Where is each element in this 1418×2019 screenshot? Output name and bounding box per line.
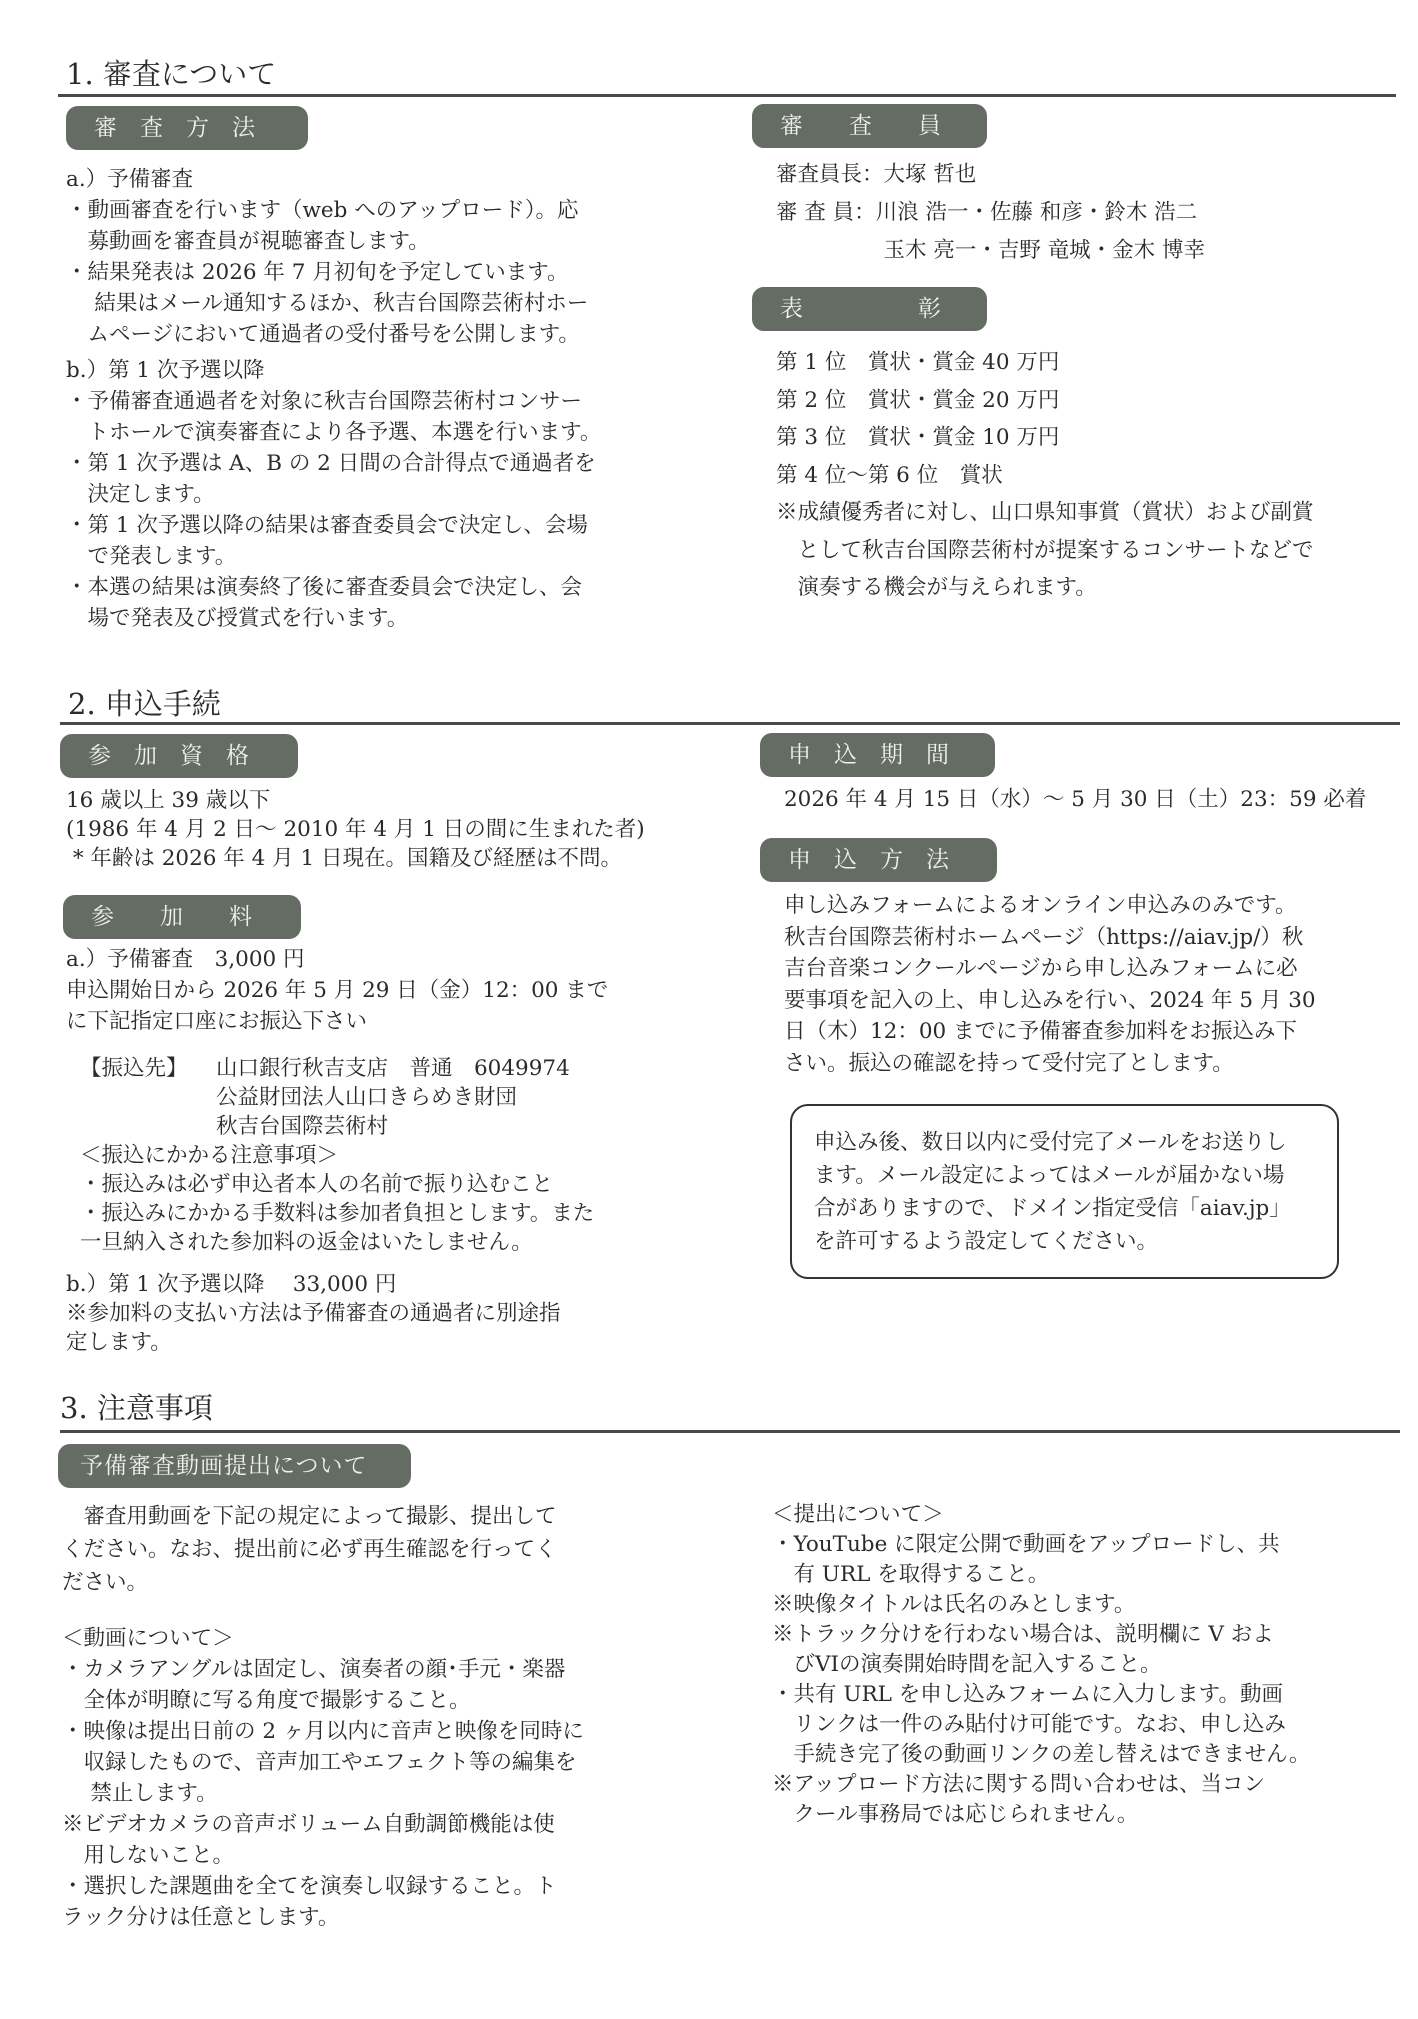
text-line: 第 1 位 賞状・賞金 40 万円 [776,344,1314,382]
text-line: 定します。 [66,1328,561,1357]
text-line: ・カメラアングルは固定し、演奏者の顔･手元・楽器 [62,1654,584,1685]
text-line: 禁止します。 [62,1778,584,1809]
text-line: ・映像は提出日前の 2 ヶ月以内に音声と映像を同時に [62,1716,584,1747]
label-application-method: 申 込 方 法 [760,838,997,882]
section-2-title: 2. 申込手続 [68,682,221,723]
transfer-notes: ＜振込にかかる注意事項＞ ・振込みは必ず申込者本人の名前で振り込むこと ・振込み… [80,1141,594,1257]
text-line: 秋吉台国際芸術村 [216,1112,570,1141]
text-line: 玉木 亮一・吉野 竜城・金木 博幸 [776,232,1205,270]
label-application-period: 申 込 期 間 [760,733,995,777]
text-line: ・振込みは必ず申込者本人の名前で振り込むこと [80,1170,594,1199]
text-line: クール事務局では応じられません。 [772,1800,1310,1830]
text-line: ・予備審査通過者を対象に秋吉台国際芸術村コンサー [66,386,601,417]
text-line: 全体が明瞭に写る角度で撮影すること。 [62,1685,584,1716]
text-line: * 年齢は 2026 年 4 月 1 日現在。国籍及び経歴は不問。 [66,844,645,873]
text-line: 申し込みフォームによるオンライン申込みのみです。 [784,890,1316,922]
text-line: ・選択した課題曲を全てを演奏し収録すること。ト [62,1871,584,1902]
text-line: ムページにおいて通過者の受付番号を公開します。 [66,319,588,350]
text-line: 審査員長：大塚 哲也 [776,156,1205,194]
email-notice-box: 申込み後、数日以内に受付完了メールをお送りし ます。メール設定によってはメールが… [790,1104,1339,1279]
text-line: 公益財団法人山口きらめき財団 [216,1083,570,1112]
text-line: 秋吉台国際芸術村ホームページ（https://aiav.jp/）秋 [784,922,1316,954]
text-line: ※映像タイトルは氏名のみとします。 [772,1590,1310,1620]
text-line: で発表します。 [66,541,601,572]
text-line: ・共有 URL を申し込みフォームに入力します。動画 [772,1680,1310,1710]
text-line: 山口銀行秋吉支店 普通 6049974 [216,1054,570,1083]
text-line: 第 3 位 賞状・賞金 10 万円 [776,419,1314,457]
text-line: 場で発表及び授賞式を行います。 [66,603,601,634]
section-3-title: 3. 注意事項 [60,1386,213,1427]
text-line: 結果はメール通知するほか、秋吉台国際芸術村ホー [66,288,588,319]
application-method-text: 申し込みフォームによるオンライン申込みのみです。 秋吉台国際芸術村ホームページ（… [784,890,1316,1079]
text-line: に下記指定口座にお振込下さい [66,1006,608,1037]
text-line: 決定します。 [66,479,601,510]
review-method-b: b.）第 1 次予選以降 ・予備審査通過者を対象に秋吉台国際芸術村コンサー トホ… [66,355,601,634]
text-line: 審査用動画を下記の規定によって撮影、提出して [62,1500,557,1533]
label-fee: 参 加 料 [63,895,301,939]
text-line: リンクは一件のみ貼付け可能です。なお、申し込み [772,1710,1310,1740]
text-line: 収録したもので、音声加工やエフェクト等の編集を [62,1747,584,1778]
review-method-a: a.）予備審査 ・動画審査を行います（web へのアップロード）。応 募動画を審… [66,164,588,350]
text-line: 有 URL を取得すること。 [772,1560,1310,1590]
text-line: ※トラック分けを行わない場合は、説明欄に V およ [772,1620,1310,1650]
text-line: ＜振込にかかる注意事項＞ [80,1141,594,1170]
label-awards: 表 彰 [752,287,987,331]
text-line: a.）予備審査 3,000 円 [66,944,608,975]
section-3-rule [60,1430,1400,1433]
text-line: びVIの演奏開始時間を記入すること。 [772,1650,1310,1680]
eligibility-text: 16 歳以上 39 歳以下 (1986 年 4 月 2 日〜 2010 年 4 … [66,786,645,873]
text-line: ※参加料の支払い方法は予備審査の通過者に別途指 [66,1299,561,1328]
text-line: 要事項を記入の上、申し込みを行い、2024 年 5 月 30 [784,985,1316,1017]
awards-list: 第 1 位 賞状・賞金 40 万円 第 2 位 賞状・賞金 20 万円 第 3 … [776,344,1314,607]
text-line: 日（木）12：00 までに予備審査参加料をお振込み下 [784,1016,1316,1048]
video-rules: ＜動画について＞ ・カメラアングルは固定し、演奏者の顔･手元・楽器 全体が明瞭に… [62,1623,584,1933]
section-1-title: 1. 審査について [66,52,276,93]
text-line: 合がありますので、ドメイン指定受信「aiav.jp」 [814,1192,1317,1225]
text-line: 用しないこと。 [62,1840,584,1871]
text-line: ・振込みにかかる手数料は参加者負担とします。また [80,1199,594,1228]
text-line: 申込開始日から 2026 年 5 月 29 日（金）12：00 まで [66,975,608,1006]
text-line: として秋吉台国際芸術村が提案するコンサートなどで [776,532,1314,570]
text-line: 手続き完了後の動画リンクの差し替えはできません。 [772,1740,1310,1770]
label-judges: 審 査 員 [752,104,987,148]
text-line: ＜提出について＞ [772,1500,1310,1530]
label-review-method: 審 査 方 法 [66,106,308,150]
fee-a: a.）予備審査 3,000 円 申込開始日から 2026 年 5 月 29 日（… [66,944,608,1037]
text-line: b.）第 1 次予選以降 [66,355,601,386]
bank-details: 山口銀行秋吉支店 普通 6049974 公益財団法人山口きらめき財団 秋吉台国際… [216,1054,570,1141]
text-line: ・YouTube に限定公開で動画をアップロードし、共 [772,1530,1310,1560]
text-line: 申込み後、数日以内に受付完了メールをお送りし [814,1126,1317,1159]
text-line: 一旦納入された参加料の返金はいたしません。 [80,1228,594,1257]
text-line: a.）予備審査 [66,164,588,195]
text-line: 審 査 員：川浪 浩一・佐藤 和彦・鈴木 浩二 [776,194,1205,232]
text-line: ※成績優秀者に対し、山口県知事賞（賞状）および副賞 [776,494,1314,532]
fee-b: b.）第 1 次予選以降 33,000 円 ※参加料の支払い方法は予備審査の通過… [66,1270,561,1357]
text-line: 第 2 位 賞状・賞金 20 万円 [776,382,1314,420]
text-line: ※ビデオカメラの音声ボリューム自動調節機能は使 [62,1809,584,1840]
text-line: ・第 1 次予選以降の結果は審査委員会で決定し、会場 [66,510,601,541]
submission-rules: ＜提出について＞ ・YouTube に限定公開で動画をアップロードし、共 有 U… [772,1500,1310,1830]
text-line: ラック分けは任意とします。 [62,1902,584,1933]
text-line: トホールで演奏審査により各予選、本選を行います。 [66,417,601,448]
text-line: ＜動画について＞ [62,1623,584,1654]
text-line: 第 4 位〜第 6 位 賞状 [776,457,1314,495]
text-line: ※アップロード方法に関する問い合わせは、当コン [772,1770,1310,1800]
text-line: 吉台音楽コンクールページから申し込みフォームに必 [784,953,1316,985]
application-period-value: 2026 年 4 月 15 日（水）〜 5 月 30 日（土）23：59 必着 [784,784,1366,815]
text-line: ください。なお、提出前に必ず再生確認を行ってく [62,1533,557,1566]
label-video-submission: 予備審査動画提出について [58,1444,411,1488]
text-line: ・本選の結果は演奏終了後に審査委員会で決定し、会 [66,572,601,603]
text-line: を許可するよう設定してください。 [814,1225,1317,1258]
text-line: ・結果発表は 2026 年 7 月初旬を予定しています。 [66,257,588,288]
text-line: 16 歳以上 39 歳以下 [66,786,645,815]
section-2-rule [60,722,1400,725]
text-line: ・動画審査を行います（web へのアップロード）。応 [66,195,588,226]
text-line: 募動画を審査員が視聴審査します。 [66,226,588,257]
judges-list: 審査員長：大塚 哲也 審 査 員：川浪 浩一・佐藤 和彦・鈴木 浩二 玉木 亮一… [776,156,1205,270]
text-line: b.）第 1 次予選以降 33,000 円 [66,1270,561,1299]
section-1-rule [58,94,1396,97]
text-line: (1986 年 4 月 2 日〜 2010 年 4 月 1 日の間に生まれた者) [66,815,645,844]
bank-label: 【振込先】 [80,1054,188,1083]
text-line: 演奏する機会が与えられます。 [776,569,1314,607]
video-intro: 審査用動画を下記の規定によって撮影、提出して ください。なお、提出前に必ず再生確… [62,1500,557,1599]
text-line: ・第 1 次予選は A、B の 2 日間の合計得点で通過者を [66,448,601,479]
text-line: さい。振込の確認を持って受付完了とします。 [784,1048,1316,1080]
label-eligibility: 参 加 資 格 [60,734,298,778]
text-line: ます。メール設定によってはメールが届かない場 [814,1159,1317,1192]
text-line: ださい。 [62,1566,557,1599]
